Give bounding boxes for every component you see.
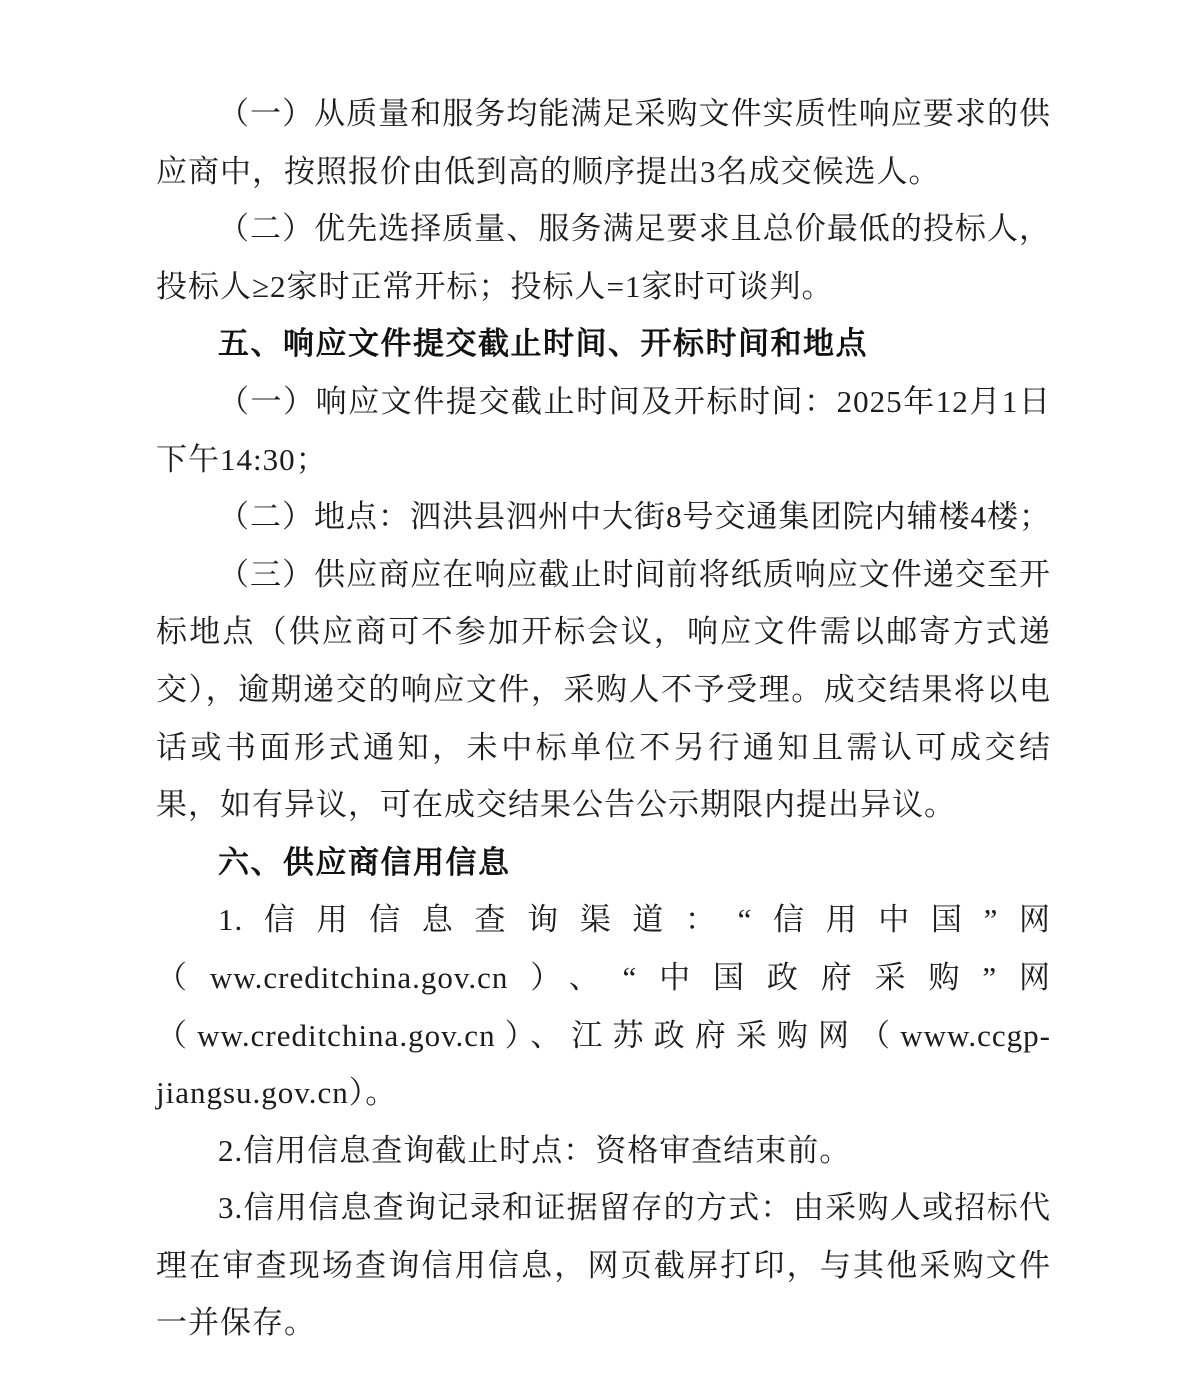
paragraph: （二）优先选择质量、服务满足要求且总价最低的投标人，投标人≥2家时正常开标；投标… [156,200,1051,315]
paragraph: 1.信用信息查询渠道：“信用中国”网（ww.creditchina.gov.cn… [156,891,1051,1121]
paragraph: 2.信用信息查询截止时点：资格审查结束前。 [156,1122,1051,1180]
paragraph: （一）响应文件提交截止时间及开标时间：2025年12月1日下午14:30； [156,373,1051,488]
document-page: （一）从质量和服务均能满足采购文件实质性响应要求的供应商中，按照报价由低到高的顺… [0,0,1199,1398]
paragraph: 3.信用信息查询记录和证据留存的方式：由采购人或招标代理在审查现场查询信用信息，… [156,1179,1051,1352]
paragraph: （三）供应商应在响应截止时间前将纸质响应文件递交至开标地点（供应商可不参加开标会… [156,546,1051,834]
section-heading: 六、供应商信用信息 [156,834,1051,892]
section-heading: 五、响应文件提交截止时间、开标时间和地点 [156,315,1051,373]
paragraph: （一）从质量和服务均能满足采购文件实质性响应要求的供应商中，按照报价由低到高的顺… [156,85,1051,200]
paragraph: （二）地点：泗洪县泗州中大街8号交通集团院内辅楼4楼； [156,488,1051,546]
